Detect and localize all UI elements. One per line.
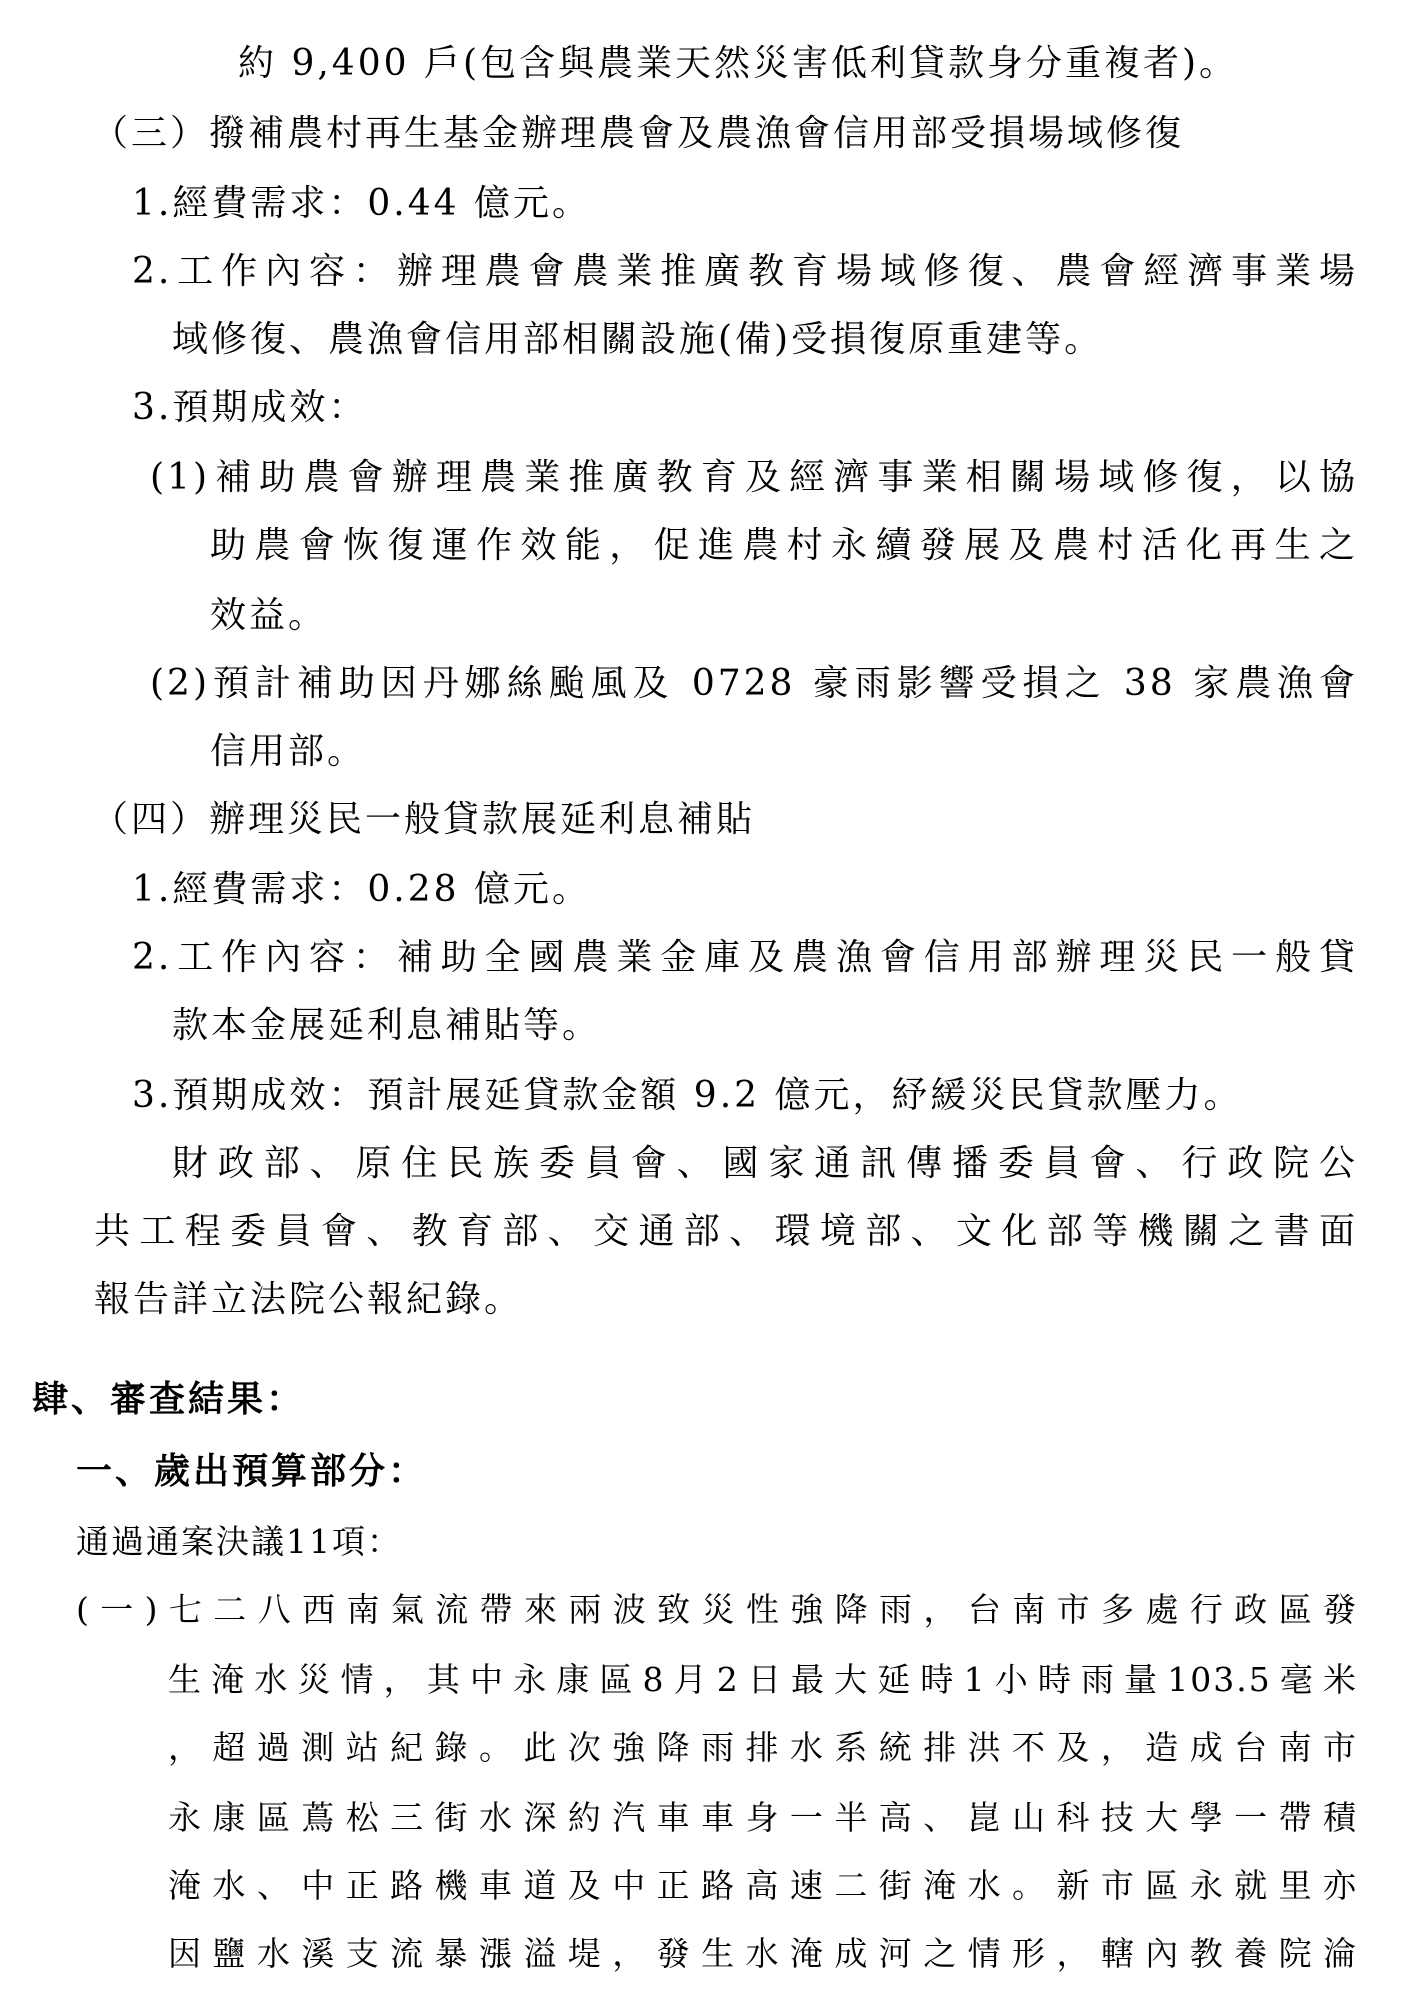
text-line: 共工程委員會、教育部、交通部、環境部、文化部等機關之書面 <box>94 1208 1358 1256</box>
text-line: 助農會恢復運作效能，促進農村永續發展及農村活化再生之 <box>210 522 1358 570</box>
text-line: 報告詳立法院公報紀錄。 <box>94 1276 523 1324</box>
text-line: (2)預計補助因丹娜絲颱風及 0728 豪雨影響受損之 38 家農漁會 <box>150 660 1358 708</box>
section-heading-review-results: 肆、審查結果： <box>32 1376 305 1424</box>
text-line: 1.經費需求：0.44 億元。 <box>132 180 591 228</box>
text-line: 財政部、原住民族委員會、國家通訊傳播委員會、行政院公 <box>172 1140 1358 1188</box>
text-line: (一)七二八西南氣流帶來兩波致災性強降雨，台南市多處行政區發 <box>76 1586 1358 1634</box>
text-line: 信用部。 <box>210 728 366 776</box>
text-line: 約 9,400 戶(包含與農業天然災害低利貸款身分重複者)。 <box>238 40 1238 88</box>
text-line: 1.經費需求：0.28 億元。 <box>132 866 591 914</box>
section-heading-4: （四）辦理災民一般貸款展延利息補貼 <box>92 796 755 844</box>
text-line: 因鹽水溪支流暴漲溢堤，發生水淹成河之情形，轄內教養院淪 <box>168 1930 1358 1978</box>
text-line: 效益。 <box>210 592 327 640</box>
text-line: 生淹水災情，其中永康區8月2日最大延時1小時雨量103.5毫米 <box>168 1656 1358 1704</box>
text-line: 2.工作內容：辦理農會農業推廣教育場域修復、農會經濟事業場 <box>132 248 1358 296</box>
text-line: 永康區蔦松三街水深約汽車車身一半高、崑山科技大學一帶積 <box>168 1794 1358 1842</box>
text-line: 淹水、中正路機車道及中正路高速二街淹水。新市區永就里亦 <box>168 1862 1358 1910</box>
text-line: (1)補助農會辦理農業推廣教育及經濟事業相關場域修復，以協 <box>150 454 1358 502</box>
text-line: 3.預期成效： <box>132 384 367 432</box>
section-heading-3: （三）撥補農村再生基金辦理農會及農漁會信用部受損場域修復 <box>92 110 1184 158</box>
subsection-heading-expenditure: 一、歲出預算部分： <box>76 1448 427 1496</box>
text-line: 域修復、農漁會信用部相關設施(備)受損復原重建等。 <box>172 316 1103 364</box>
text-line: 款本金展延利息補貼等。 <box>172 1002 601 1050</box>
text-line: ，超過測站紀錄。此次強降雨排水系統排洪不及，造成台南市 <box>168 1724 1358 1772</box>
text-line: 3.預期成效：預計展延貸款金額 9.2 億元，紓緩災民貸款壓力。 <box>132 1072 1243 1120</box>
text-line: 2.工作內容：補助全國農業金庫及農漁會信用部辦理災民一般貸 <box>132 934 1358 982</box>
text-line: 通過通案決議11項： <box>76 1518 402 1566</box>
